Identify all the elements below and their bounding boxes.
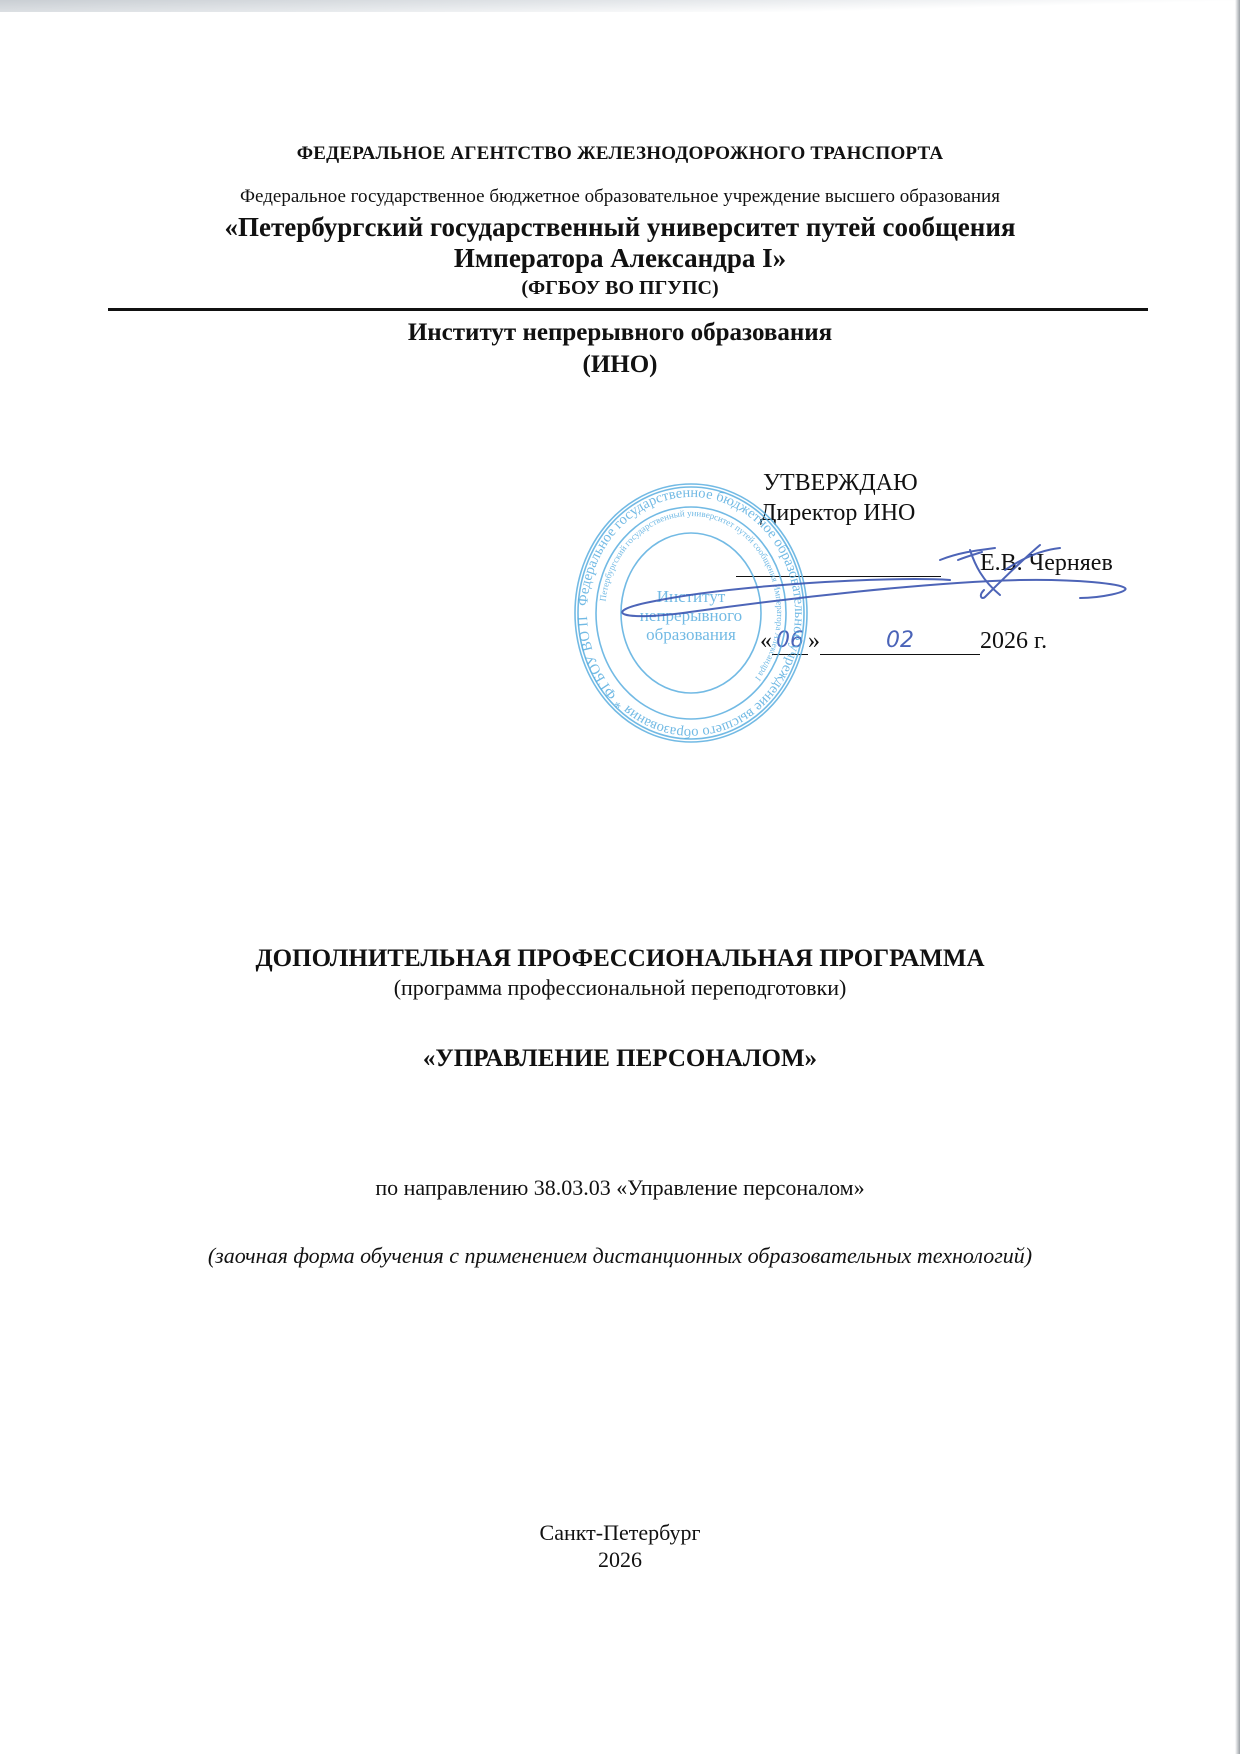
agency-name: ФЕДЕРАЛЬНОЕ АГЕНТСТВО ЖЕЛЕЗНОДОРОЖНОГО Т… <box>0 143 1240 165</box>
date-close-quote: » <box>808 628 820 655</box>
date-year: 2026 г. <box>980 628 1047 655</box>
study-form: (заочная форма обучения с применением ди… <box>0 1241 1240 1270</box>
program-title: ДОПОЛНИТЕЛЬНАЯ ПРОФЕССИОНАЛЬНАЯ ПРОГРАММ… <box>0 945 1240 973</box>
signature-line <box>736 576 941 577</box>
program-direction: по направлению 38.03.03 «Управление перс… <box>0 1175 1240 1201</box>
university-abbreviation: (ФГБОУ ВО ПГУПС) <box>0 277 1240 300</box>
institution-type: Федеральное государственное бюджетное об… <box>0 186 1240 208</box>
date-month: 02 <box>820 632 980 655</box>
program-name: «УПРАВЛЕНИЕ ПЕРСОНАЛОМ» <box>0 1045 1240 1073</box>
approver-name: Е.В. Черняев <box>980 550 1113 577</box>
city: Санкт-Петербург <box>0 1519 1240 1546</box>
institute-name: Институт непрерывного образования <box>0 317 1240 349</box>
approver-role: Директор ИНО <box>760 500 915 527</box>
scan-edge-top <box>0 0 1240 12</box>
footer: Санкт-Петербург 2026 <box>0 1519 1240 1573</box>
header-divider <box>108 308 1148 311</box>
svg-text:образования: образования <box>646 625 736 644</box>
institute: Институт непрерывного образования (ИНО) <box>0 317 1240 381</box>
approval-date: «06»022026 г. <box>760 628 1047 655</box>
institute-abbr: (ИНО) <box>0 349 1240 381</box>
approval-title: УТВЕРЖДАЮ <box>763 470 918 497</box>
date-open-quote: « <box>760 628 772 655</box>
university-name-line2: Императора Александра I» <box>0 243 1240 274</box>
university-name-line1: «Петербургский государственный университ… <box>0 212 1240 243</box>
svg-text:Петербургский государственный: Петербургский государственный университе… <box>598 508 785 683</box>
program-type: (программа профессиональной переподготов… <box>0 975 1240 1001</box>
year: 2026 <box>0 1546 1240 1573</box>
date-day: 06 <box>772 632 808 655</box>
svg-text:непрерывного: непрерывного <box>640 606 742 625</box>
svg-text:Институт: Институт <box>657 587 726 606</box>
university-name: «Петербургский государственный университ… <box>0 212 1240 274</box>
